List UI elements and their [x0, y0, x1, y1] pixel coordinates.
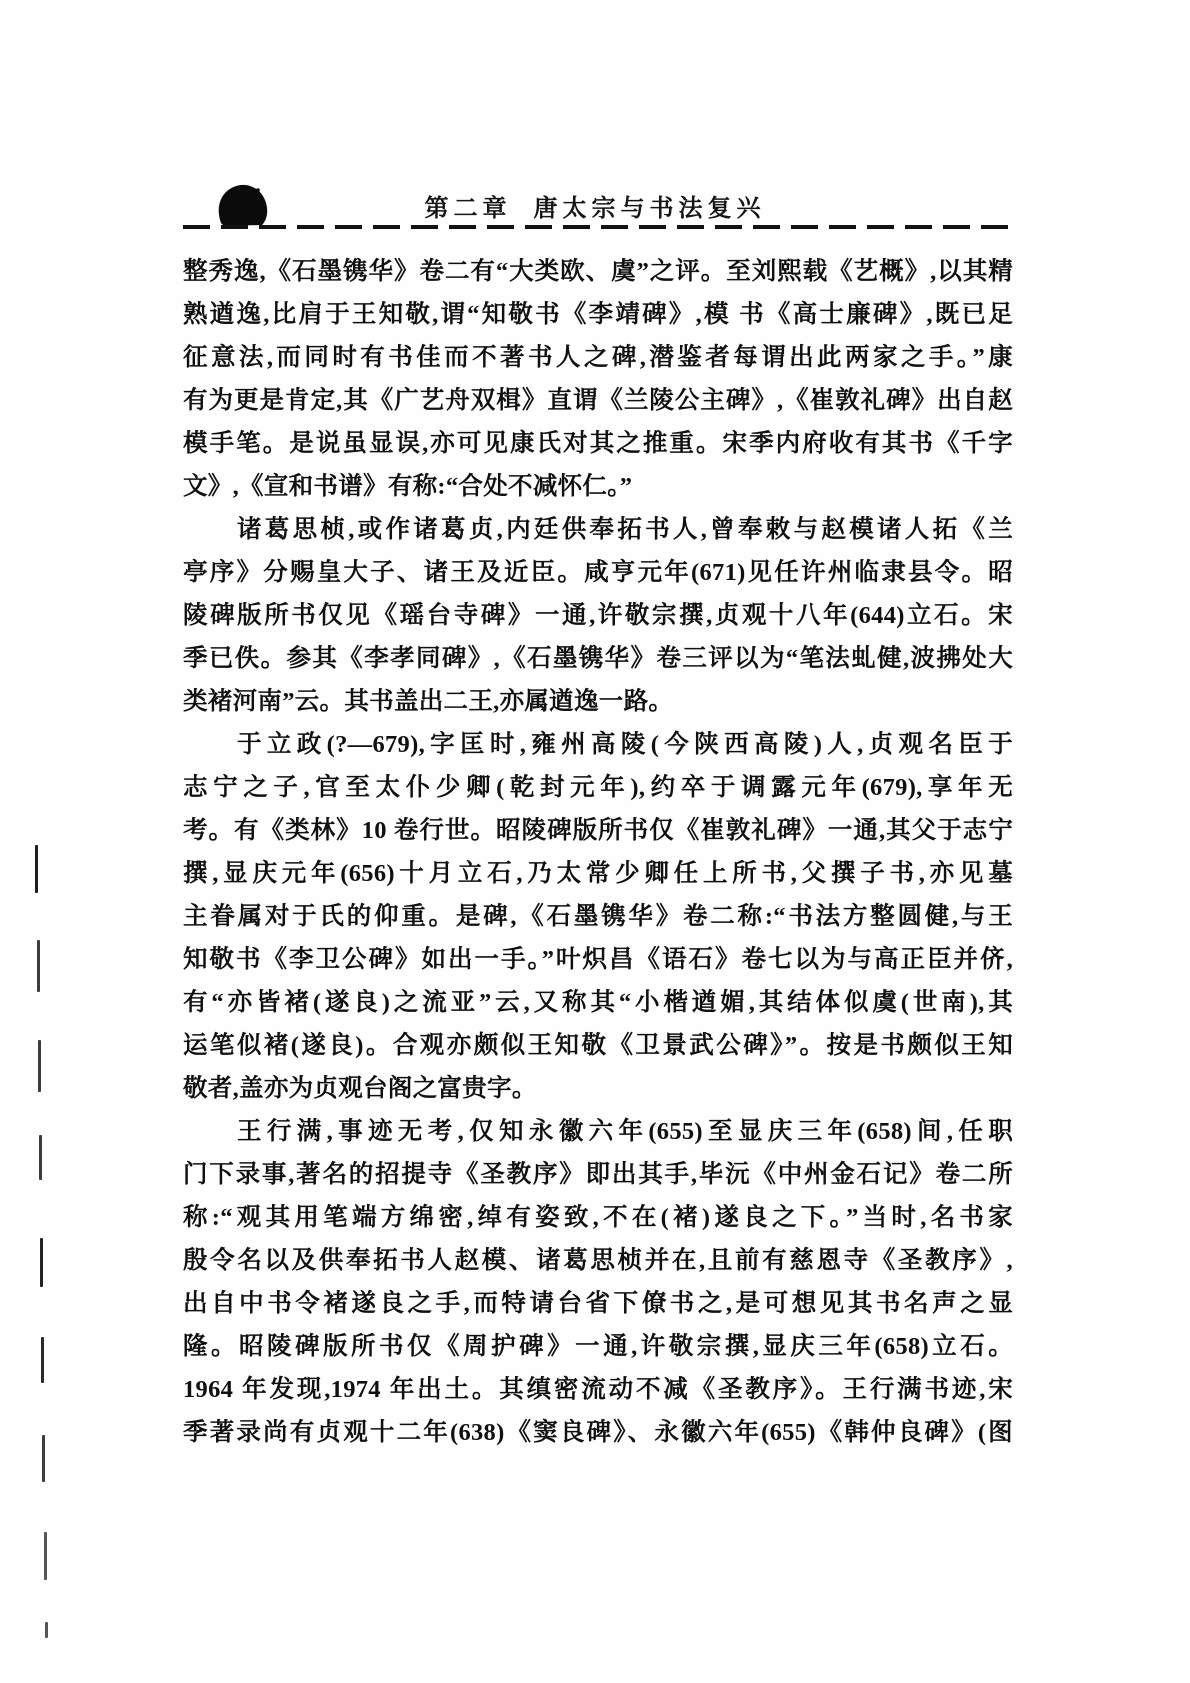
body-line: 亭序》分赐皇大子、诸王及近臣。咸亨元年(671)见任许州临隶县令。昭	[183, 551, 1013, 594]
body-line: 出自中书令褚遂良之手,而特请台省下僚书之,是可想见其书名声之显	[183, 1282, 1013, 1325]
body-line: 王行满,事迹无考,仅知永徽六年(655)至显庆三年(658)间,任职	[183, 1110, 1013, 1153]
body-line: 殷令名以及供奉拓书人赵模、诸葛思桢并在,且前有慈恩寺《圣教序》,	[183, 1239, 1013, 1282]
body-line: 文》,《宣和书谱》有称:“合处不减怀仁。”	[183, 465, 1013, 508]
body-line: 隆。昭陵碑版所书仅《周护碑》一通,许敬宗撰,显庆三年(658)立石。	[183, 1325, 1013, 1368]
scanned-book-page: 第二章唐太宗与书法复兴 整秀逸,《石墨镌华》卷二有“大类欧、虞”之评。至刘熙载《…	[0, 0, 1190, 1683]
body-line: 称:“观其用笔端方绵密,绰有姿致,不在(褚)遂良之下。”当时,名书家	[183, 1196, 1013, 1239]
body-line: 征意法,而同时有书佳而不著书人之碑,潜鉴者每谓出此两家之手。”康	[183, 336, 1013, 379]
fold-mark	[41, 1337, 44, 1383]
body-line: 诸葛思桢,或作诸葛贞,内廷供奉拓书人,曾奉敕与赵模诸人拓《兰	[183, 508, 1013, 551]
ink-blob-artifact	[214, 182, 270, 230]
body-line: 于立政(?—679),字匡时,雍州高陵(今陕西高陵)人,贞观名臣于	[183, 723, 1013, 766]
fold-mark	[35, 845, 38, 893]
body-line: 门下录事,著名的招提寺《圣教序》即出其手,毕沅《中州金石记》卷二所	[183, 1153, 1013, 1196]
body-line: 考。有《类林》10 卷行世。昭陵碑版所书仅《崔敦礼碑》一通,其父于志宁	[183, 809, 1013, 852]
fold-mark	[39, 1135, 42, 1180]
header-rule	[183, 225, 1012, 229]
body-line: 季著录尚有贞观十二年(638)《窦良碑》、永徽六年(655)《韩仲良碑》(图	[183, 1411, 1013, 1454]
body-line: 运笔似褚(遂良)。合观亦颇似王知敬《卫景武公碑》”。按是书颇似王知	[183, 1024, 1013, 1067]
running-head: 第二章唐太宗与书法复兴	[0, 188, 1190, 218]
body-line: 季已佚。参其《李孝同碑》,《石墨镌华》卷三评以为“笔法虬健,波拂处大	[183, 637, 1013, 680]
body-line: 志宁之子,官至太仆少卿(乾封元年),约卒于调露元年(679),享年无	[183, 766, 1013, 809]
body-line: 模手笔。是说虽显误,亦可见康氏对其之推重。宋季内府收有其书《千字	[183, 422, 1013, 465]
fold-mark	[40, 1238, 43, 1287]
fold-mark	[44, 1532, 47, 1580]
fold-mark	[38, 1040, 41, 1092]
body-line: 陵碑版所书仅见《瑶台寺碑》一通,许敬宗撰,贞观十八年(644)立石。宋	[183, 594, 1013, 637]
chapter-title: 唐太宗与书法复兴	[534, 196, 766, 222]
body-line: 敬者,盖亦为贞观台阁之富贵字。	[183, 1067, 1013, 1110]
fold-mark	[42, 1435, 45, 1482]
body-line: 知敬书《李卫公碑》如出一手。”叶炽昌《语石》卷七以为与高正臣并侪,	[183, 938, 1013, 981]
body-line: 类褚河南”云。其书盖出二王,亦属遒逸一路。	[183, 680, 1013, 723]
fold-mark	[45, 1622, 48, 1638]
body-line: 有“亦皆褚(遂良)之流亚”云,又称其“小楷遒媚,其结体似虞(世南),其	[183, 981, 1013, 1024]
body-line: 有为更是肯定,其《广艺舟双楫》直谓《兰陵公主碑》,《崔敦礼碑》出自赵	[183, 379, 1013, 422]
body-line: 整秀逸,《石墨镌华》卷二有“大类欧、虞”之评。至刘熙载《艺概》,以其精	[183, 250, 1013, 293]
chapter-number: 第二章	[425, 196, 512, 222]
body-line: 熟遒逸,比肩于王知敬,谓“知敬书《李靖碑》,模 书《高士廉碑》,既已足	[183, 293, 1013, 336]
body-line: 撰,显庆元年(656)十月立石,乃太常少卿任上所书,父撰子书,亦见墓	[183, 852, 1013, 895]
body-text: 整秀逸,《石墨镌华》卷二有“大类欧、虞”之评。至刘熙载《艺概》,以其精熟遒逸,比…	[183, 250, 1013, 1454]
fold-mark	[37, 940, 40, 992]
body-line: 1964 年发现,1974 年出土。其缜密流动不减《圣教序》。王行满书迹,宋	[183, 1368, 1013, 1411]
body-line: 主眷属对于氏的仰重。是碑,《石墨镌华》卷二称:“书法方整圆健,与王	[183, 895, 1013, 938]
